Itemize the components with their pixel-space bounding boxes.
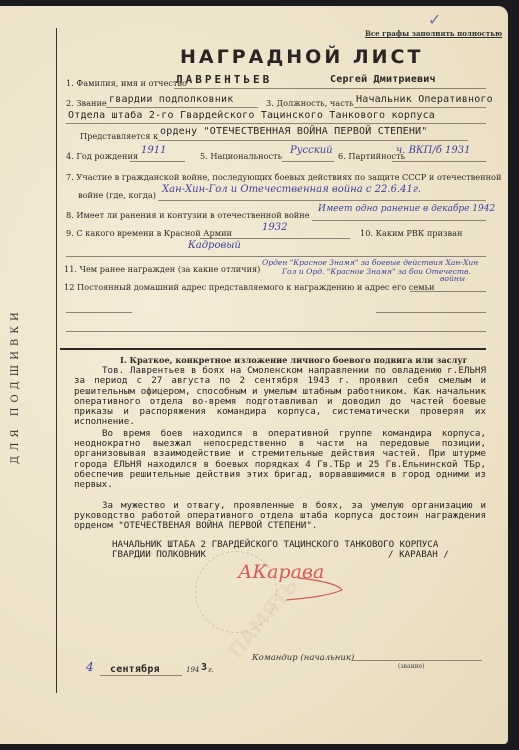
field-war-participation-value: Хан-Хин-Гол и Отечественная война с 22.6… (162, 184, 421, 195)
signer-name: / КАРАВАН / (388, 550, 449, 560)
check-mark-icon: ✓ (428, 10, 441, 29)
field-surname-value: ЛАВРЕНТЬЕВ (176, 73, 272, 86)
field-nationality-value: Русский (290, 145, 333, 156)
field-previous-awards-label: 11. Чем ранее награжден (за какие отличи… (64, 264, 260, 274)
field-previous-awards-value-line3: войны (440, 274, 465, 283)
field-rank-value: гвардии подполковник (109, 94, 233, 105)
field-birth-year-value: 1911 (141, 145, 166, 156)
rank-caption: (звание) (398, 663, 424, 670)
field-given-names-value: Сергей Дмитриевич (330, 74, 436, 85)
date-year-suffix: 3 (201, 662, 207, 673)
award-label: Представляется к (80, 131, 158, 141)
date-day: 4 (86, 660, 94, 674)
field-position-value-line2: Отдела штаба 2-го Гвардейского Тацинског… (68, 110, 435, 121)
merit-description: Тов. Лаврентьев в боях на Смоленском нап… (74, 366, 486, 541)
field-wounds-value: Имеет одно ранение в декабре 1942 (318, 204, 495, 214)
page-title: НАГРАДНОЙ ЛИСТ (180, 46, 423, 68)
section-heading: I. Краткое, конкретное изложение личного… (120, 355, 468, 365)
field-position-label: 3. Должность, часть (266, 98, 354, 108)
date-year-prefix: 194 (186, 666, 199, 674)
binding-label: ДЛЯ ПОДШИВКИ (10, 276, 34, 496)
award-sheet-page: ДЛЯ ПОДШИВКИ ✓ Все графы заполнять полно… (0, 6, 508, 744)
field-war-participation-label: 7. Участие в гражданской войне, последую… (66, 172, 501, 182)
fill-all-note: Все графы заполнять полностью (365, 29, 502, 38)
award-value: ордену "ОТЕЧЕСТВЕННАЯ ВОЙНА ПЕРВОЙ СТЕПЕ… (160, 126, 427, 137)
date-month: сентября (110, 664, 160, 675)
field-war-participation-label-line2: войне (где, когда) (78, 190, 156, 200)
field-name-label: 1. Фамилия, имя и отчество (66, 78, 187, 88)
field-birth-year-label: 4. Год рождения (66, 151, 138, 161)
merit-paragraph-1: Тов. Лаврентьев в боях на Смоленском нап… (74, 366, 486, 428)
date-suffix: г. (208, 666, 214, 674)
signer-rank: ГВАРДИИ ПОЛКОВНИК (112, 550, 206, 560)
field-draft-office-label: 10. Каким РВК призван (360, 228, 462, 238)
section-divider (60, 348, 486, 350)
field-army-since-value: 1932 (262, 222, 287, 233)
binding-margin-line (56, 28, 57, 693)
merit-paragraph-3: За мужество и отвагу, проявленные в боях… (74, 501, 486, 532)
field-nationality-label: 5. Национальность (200, 151, 282, 161)
merit-paragraph-2: Во время боев находился в оперативной гр… (74, 429, 486, 491)
field-wounds-label: 8. Имеет ли ранения и контузии в отечест… (66, 210, 310, 220)
field-army-since-label: 9. С какого времени в Красной Армии (66, 228, 232, 238)
commander-label: Командир (начальник) (252, 653, 354, 663)
field-home-address-label: 12 Постоянный домашний адрес представляе… (64, 282, 434, 292)
field-party-value: ч. ВКП/б 1931 (396, 145, 471, 156)
field-previous-awards-value-line1: Орден "Красное Знамя" за боевые действия… (262, 258, 478, 267)
field-draft-office-value: Кадровый (188, 240, 241, 251)
field-position-value-line1: Начальник Оперативного (356, 94, 493, 105)
field-rank-label: 2. Звание (66, 98, 107, 108)
